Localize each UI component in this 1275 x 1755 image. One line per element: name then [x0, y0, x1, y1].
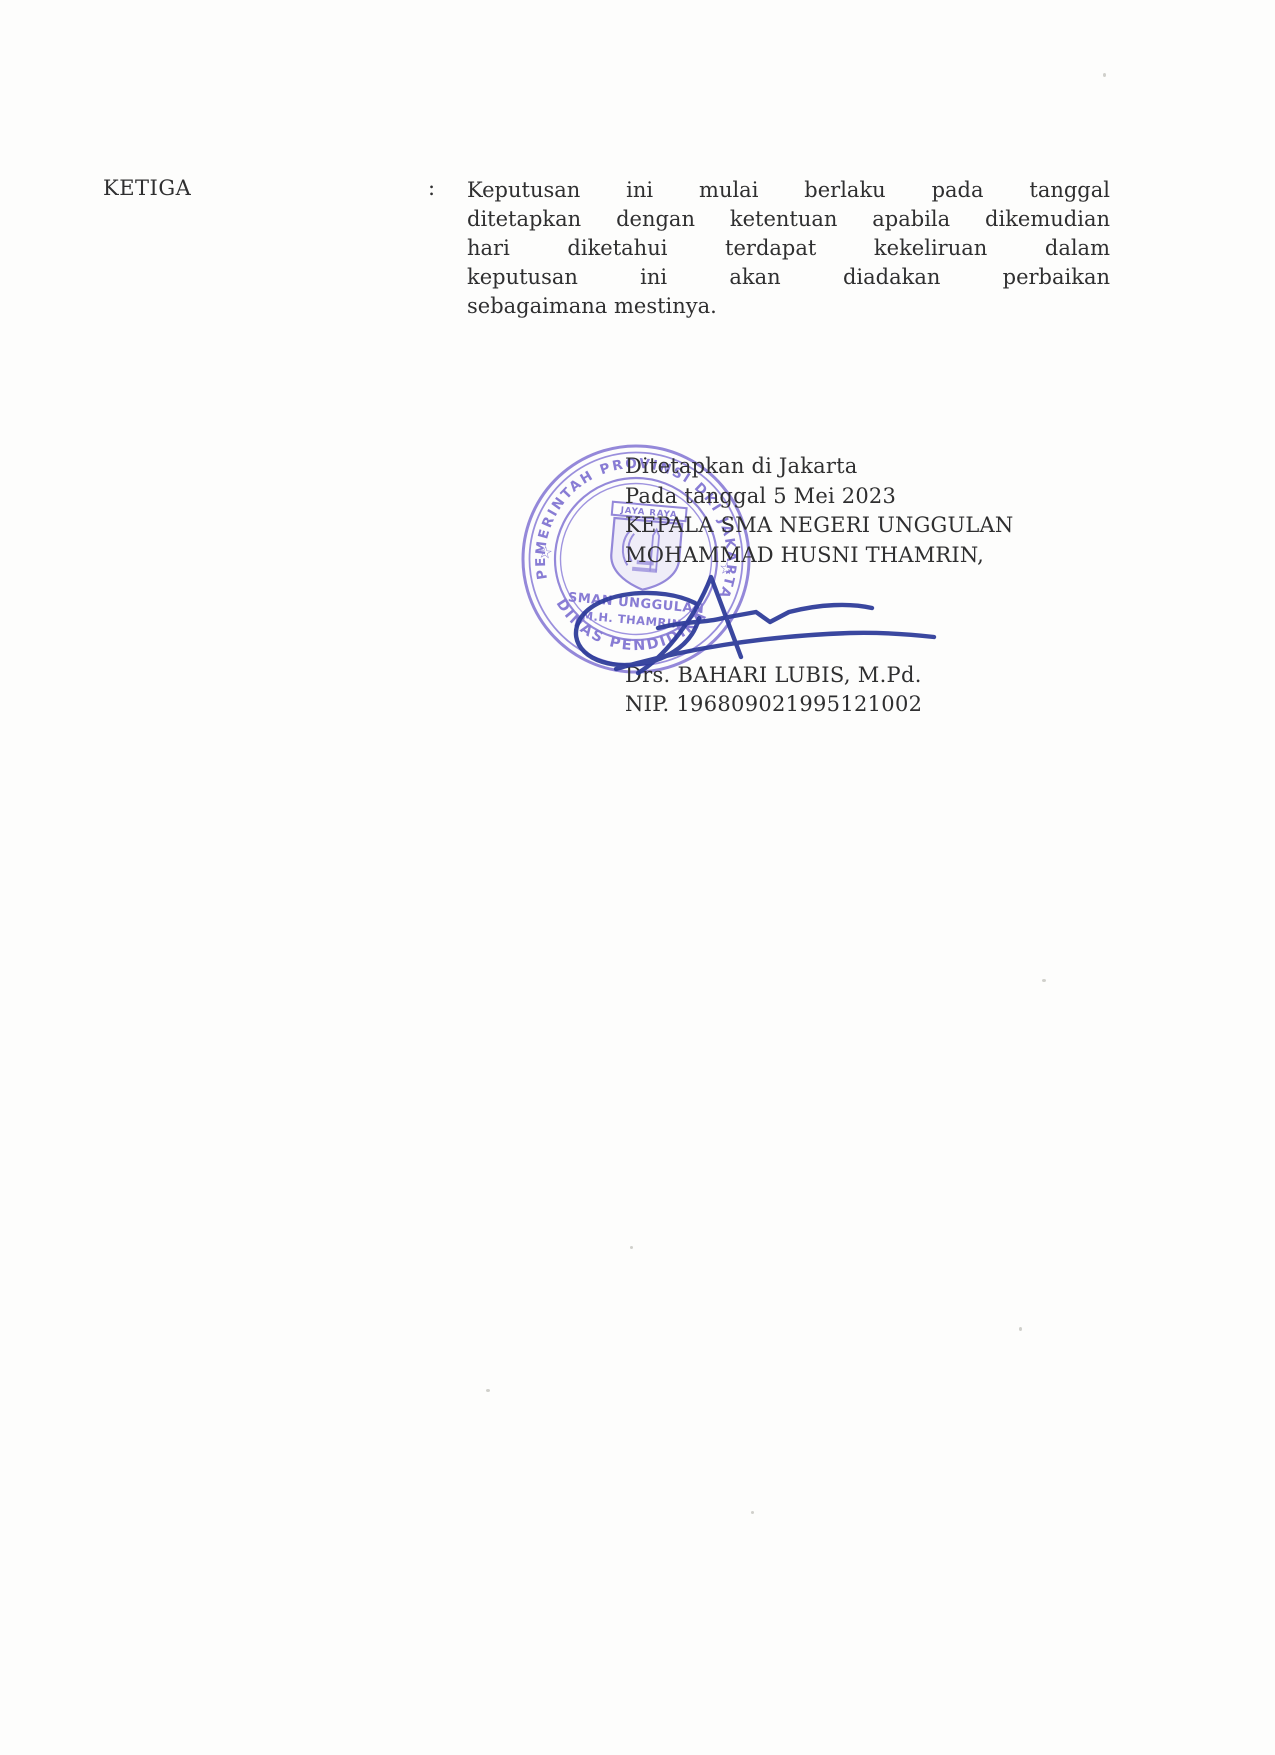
place-line: Ditetapkan di Jakarta: [625, 452, 1014, 482]
signature-upper-flourish: [658, 605, 872, 628]
document-page: KETIGA : Keputusan ini mulai berlaku pad…: [0, 0, 1275, 1755]
signature-loop: [576, 593, 699, 665]
signer-nip: NIP. 196809021995121002: [625, 690, 922, 719]
signature-block: Ditetapkan di Jakarta Pada tanggal 5 Mei…: [625, 452, 1014, 570]
clause-line: Keputusan ini mulai berlaku pada tanggal: [467, 176, 1110, 205]
org-line: MOHAMMAD HUSNI THAMRIN,: [625, 541, 1014, 571]
star-icon: ☆: [537, 542, 554, 563]
scan-artifact: [630, 1246, 633, 1249]
title-line: KEPALA SMA NEGERI UNGGULAN: [625, 511, 1014, 541]
clause-separator: :: [428, 176, 435, 200]
scan-artifact: [1042, 979, 1046, 982]
clause-line: hari diketahui terdapat kekeliruan dalam: [467, 234, 1110, 263]
clause-line: ditetapkan dengan ketentuan apabila dike…: [467, 205, 1110, 234]
scan-artifact: [486, 1389, 490, 1392]
signer-name: Drs. BAHARI LUBIS, M.Pd.: [625, 661, 922, 690]
clause-line: keputusan ini akan diadakan perbaikan: [467, 263, 1110, 292]
clause-line: sebagaimana mestinya.: [467, 292, 1110, 321]
clause-label: KETIGA: [103, 176, 191, 200]
signature-a-stroke: [638, 577, 741, 673]
clause-paragraph: Keputusan ini mulai berlaku pada tanggal…: [467, 176, 1110, 321]
scan-artifact: [1103, 73, 1106, 77]
date-line: Pada tanggal 5 Mei 2023: [625, 482, 1014, 512]
signer-block: Drs. BAHARI LUBIS, M.Pd. NIP. 1968090219…: [625, 661, 922, 719]
stamp-org-line2: M.H. THAMRIN: [581, 609, 682, 632]
scan-artifact: [751, 1511, 754, 1514]
scan-artifact: [1019, 1327, 1022, 1331]
stamp-org-line1: SMAN UNGGULAN: [567, 590, 705, 617]
